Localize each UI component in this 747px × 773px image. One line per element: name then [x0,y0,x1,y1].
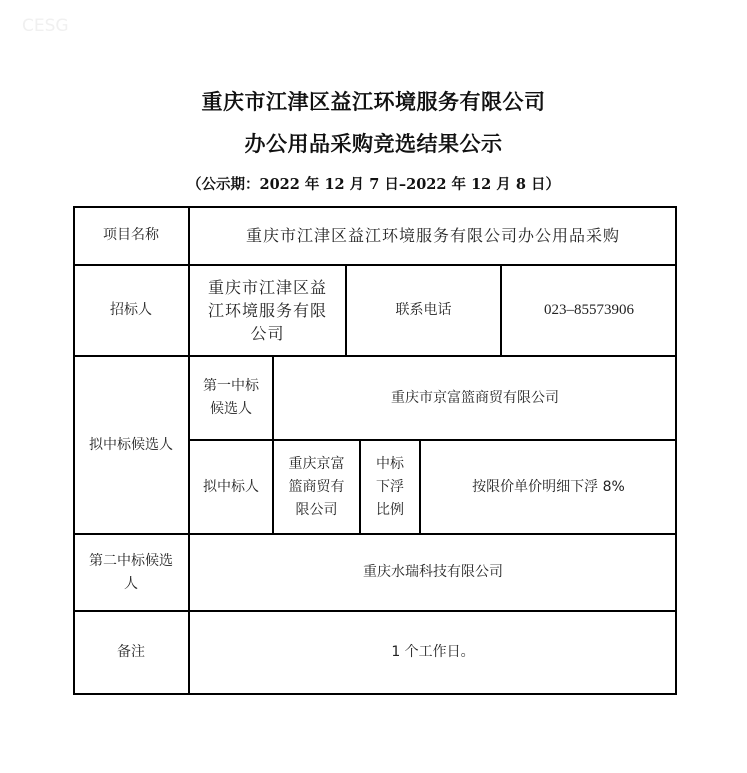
tenderer-value: 重庆市江津区益 江环境服务有限 公司 [190,266,345,355]
proposed-winner-value: 重庆京富 篮商贸有 限公司 [274,441,359,533]
contact-phone-value: 023–85573906 [502,266,676,355]
project-name-value: 重庆市江津区益江环境服务有限公司办公用品采购 [190,207,676,264]
second-candidate-value: 重庆水瑞科技有限公司 [190,535,676,610]
discount-ratio-label: 中标 下浮 比例 [361,441,419,533]
document-title-line2: 办公用品采购竞选结果公示 [0,128,747,158]
remarks-label: 备注 [74,612,188,693]
proposed-winner-label: 拟中标人 [190,441,272,533]
second-candidate-label: 第二中标候选 人 [74,535,188,610]
proposed-candidates-label: 拟中标候选人 [74,357,188,533]
publicity-period: （公示期：2022 年 12 月 7 日–2022 年 12 月 8 日） [0,173,747,194]
table-border-bottom [73,693,677,695]
watermark: CESG [22,16,69,36]
first-candidate-label: 第一中标 候选人 [190,357,272,439]
contact-phone-label: 联系电话 [347,266,500,355]
document-title-line1: 重庆市江津区益江环境服务有限公司 [0,86,747,116]
first-candidate-value: 重庆市京富篮商贸有限公司 [274,357,676,439]
project-name-label: 项目名称 [74,207,188,264]
remarks-value: 1 个工作日。 [190,612,676,693]
tenderer-label: 招标人 [74,266,188,355]
discount-ratio-value: 按限价单价明细下浮 8% [421,441,676,533]
